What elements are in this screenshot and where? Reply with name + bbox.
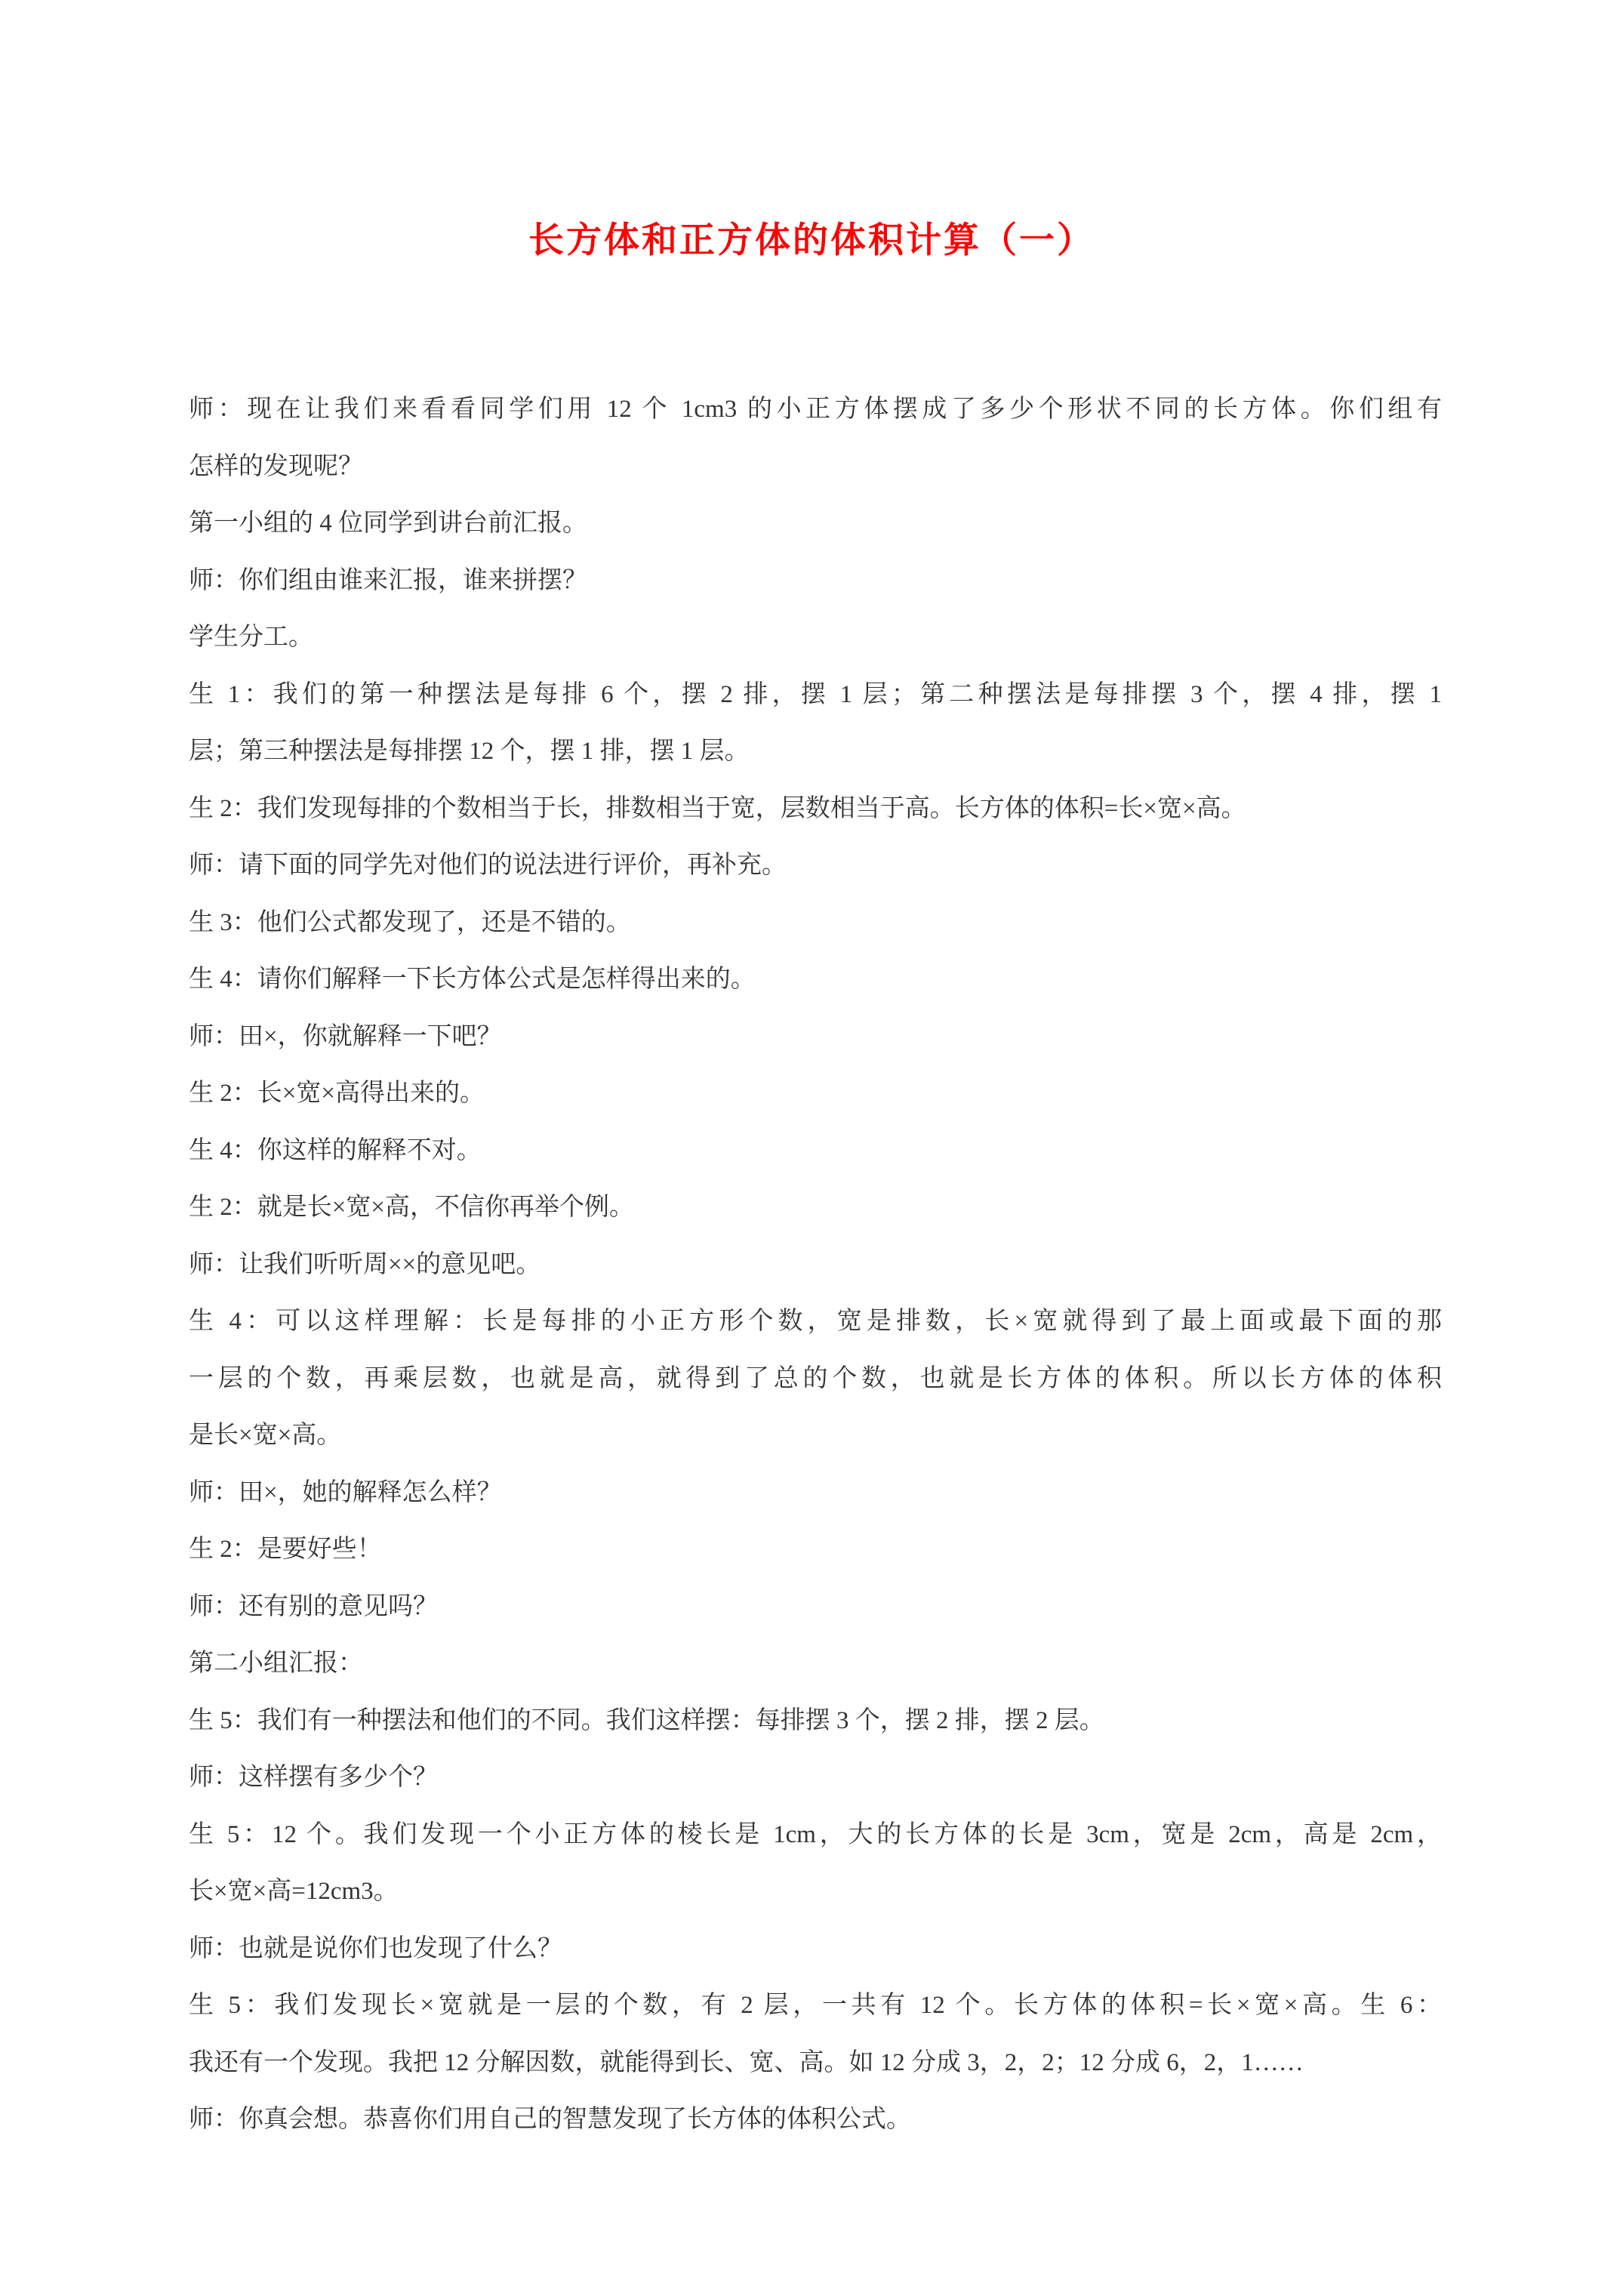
text-line: 一层的个数，再乘层数，也就是高，就得到了总的个数，也就是长方体的体积。所以长方体… xyxy=(189,1351,1442,1408)
text-line: 生 2：是要好些！ xyxy=(189,1521,1442,1579)
text-line: 怎样的发现呢？ xyxy=(189,439,1442,496)
text-line: 学生分工。 xyxy=(189,609,1442,667)
text-line: 师：现在让我们来看看同学们用 12 个 1cm3 的小正方体摆成了多少个形状不同… xyxy=(189,381,1442,439)
text-line: 生 2：长×宽×高得出来的。 xyxy=(189,1065,1442,1123)
document-body: 师：现在让我们来看看同学们用 12 个 1cm3 的小正方体摆成了多少个形状不同… xyxy=(189,381,1442,2149)
text-line: 生 2：我们发现每排的个数相当于长，排数相当于宽，层数相当于高。长方体的体积=长… xyxy=(189,781,1442,838)
document-title: 长方体和正方体的体积计算（一） xyxy=(0,212,1623,263)
text-line: 生 2：就是长×宽×高，不信你再举个例。 xyxy=(189,1179,1442,1237)
text-line: 师：你们组由谁来汇报，谁来拼摆？ xyxy=(189,553,1442,610)
text-line: 层；第三种摆法是每排摆 12 个，摆 1 排，摆 1 层。 xyxy=(189,723,1442,781)
text-line: 师：这样摆有多少个？ xyxy=(189,1749,1442,1807)
text-line: 师：请下面的同学先对他们的说法进行评价，再补充。 xyxy=(189,837,1442,895)
text-line: 生 4：你这样的解释不对。 xyxy=(189,1123,1442,1180)
text-line: 是长×宽×高。 xyxy=(189,1407,1442,1465)
text-line: 生 4：请你们解释一下长方体公式是怎样得出来的。 xyxy=(189,951,1442,1009)
text-line: 第一小组的 4 位同学到讲台前汇报。 xyxy=(189,495,1442,553)
text-line: 长×宽×高=12cm3。 xyxy=(189,1863,1442,1921)
document-page: 长方体和正方体的体积计算（一） 师：现在让我们来看看同学们用 12 个 1cm3… xyxy=(0,0,1623,2296)
text-line: 生 5：12 个。我们发现一个小正方体的棱长是 1cm，大的长方体的长是 3cm… xyxy=(189,1807,1442,1864)
text-line: 生 1：我们的第一种摆法是每排 6 个，摆 2 排，摆 1 层；第二种摆法是每排… xyxy=(189,667,1442,724)
text-line: 第二小组汇报： xyxy=(189,1635,1442,1693)
text-line: 师：你真会想。恭喜你们用自己的智慧发现了长方体的体积公式。 xyxy=(189,2091,1442,2149)
text-line: 生 5：我们发现长×宽就是一层的个数，有 2 层，一共有 12 个。长方体的体积… xyxy=(189,1977,1442,2035)
text-line: 师：田×，她的解释怎么样？ xyxy=(189,1465,1442,1522)
text-line: 师：让我们听听周××的意见吧。 xyxy=(189,1237,1442,1294)
text-line: 生 3：他们公式都发现了，还是不错的。 xyxy=(189,895,1442,952)
text-line: 师：也就是说你们也发现了什么？ xyxy=(189,1921,1442,1978)
text-line: 师：还有别的意见吗？ xyxy=(189,1579,1442,1636)
text-line: 我还有一个发现。我把 12 分解因数，就能得到长、宽、高。如 12 分成 3，2… xyxy=(189,2035,1442,2092)
text-line: 师：田×，你就解释一下吧？ xyxy=(189,1009,1442,1066)
text-line: 生 5：我们有一种摆法和他们的不同。我们这样摆：每排摆 3 个，摆 2 排，摆 … xyxy=(189,1693,1442,1750)
text-line: 生 4：可以这样理解：长是每排的小正方形个数，宽是排数，长×宽就得到了最上面或最… xyxy=(189,1293,1442,1351)
